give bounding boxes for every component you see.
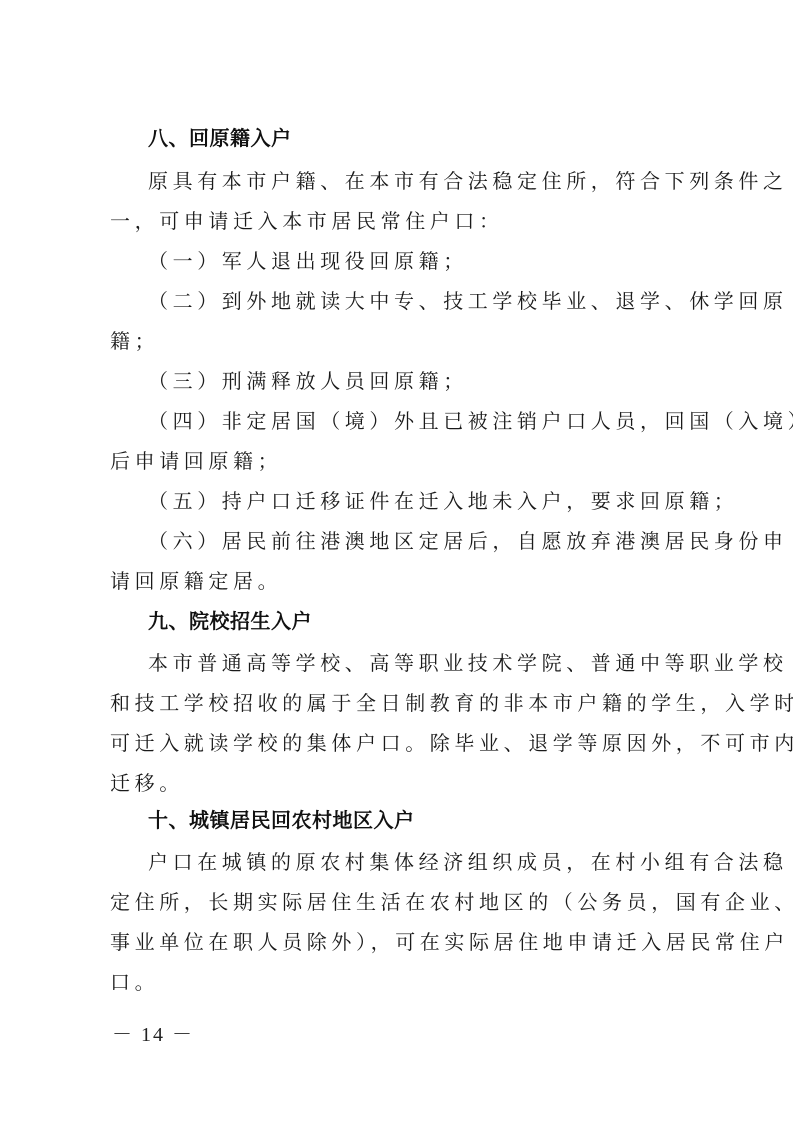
list-item-5: （五）持户口迁移证件在迁入地未入户，要求回原籍； [148, 489, 738, 513]
paragraph-line: 事业单位在职人员除外），可在实际居住地申请迁入居民常住户 [110, 930, 700, 954]
document-page: 八、回原籍入户 原具有本市户籍、在本市有合法稳定住所，符合下列条件之 一，可申请… [0, 0, 793, 1122]
section-heading-9: 九、院校招生入户 [148, 609, 738, 633]
paragraph-line: 一，可申请迁入本市居民常住户口： [110, 209, 700, 233]
list-item-6: （六）居民前往港澳地区定居后，自愿放弃港澳居民身份申 [148, 529, 738, 553]
page-number: － 14 － [112, 1018, 194, 1047]
paragraph-line: 和技工学校招收的属于全日制教育的非本市户籍的学生，入学时 [110, 691, 700, 715]
section-heading-10: 十、城镇居民回农村地区入户 [148, 808, 738, 832]
paragraph-line: 可迁入就读学校的集体户口。除毕业、退学等原因外，不可市内 [110, 731, 700, 755]
section-heading-8: 八、回原籍入户 [148, 126, 738, 150]
list-item-3: （三）刑满释放人员回原籍； [148, 369, 738, 393]
paragraph-line: 迁移。 [110, 771, 700, 795]
list-item-4: （四）非定居国（境）外且已被注销户口人员，回国（入境） [148, 409, 738, 433]
list-item-1: （一）军人退出现役回原籍； [148, 249, 738, 273]
list-item-2: （二）到外地就读大中专、技工学校毕业、退学、休学回原 [148, 289, 738, 313]
paragraph-line: 原具有本市户籍、在本市有合法稳定住所，符合下列条件之 [148, 169, 738, 193]
paragraph-line: 户口在城镇的原农村集体经济组织成员，在村小组有合法稳 [148, 850, 738, 874]
paragraph-line: 口。 [110, 970, 700, 994]
paragraph-line: 定住所，长期实际居住生活在农村地区的（公务员，国有企业、 [110, 890, 700, 914]
paragraph-line: 后申请回原籍； [110, 449, 700, 473]
paragraph-line: 本市普通高等学校、高等职业技术学院、普通中等职业学校 [148, 651, 738, 675]
paragraph-line: 籍； [110, 329, 700, 353]
paragraph-line: 请回原籍定居。 [110, 569, 700, 593]
